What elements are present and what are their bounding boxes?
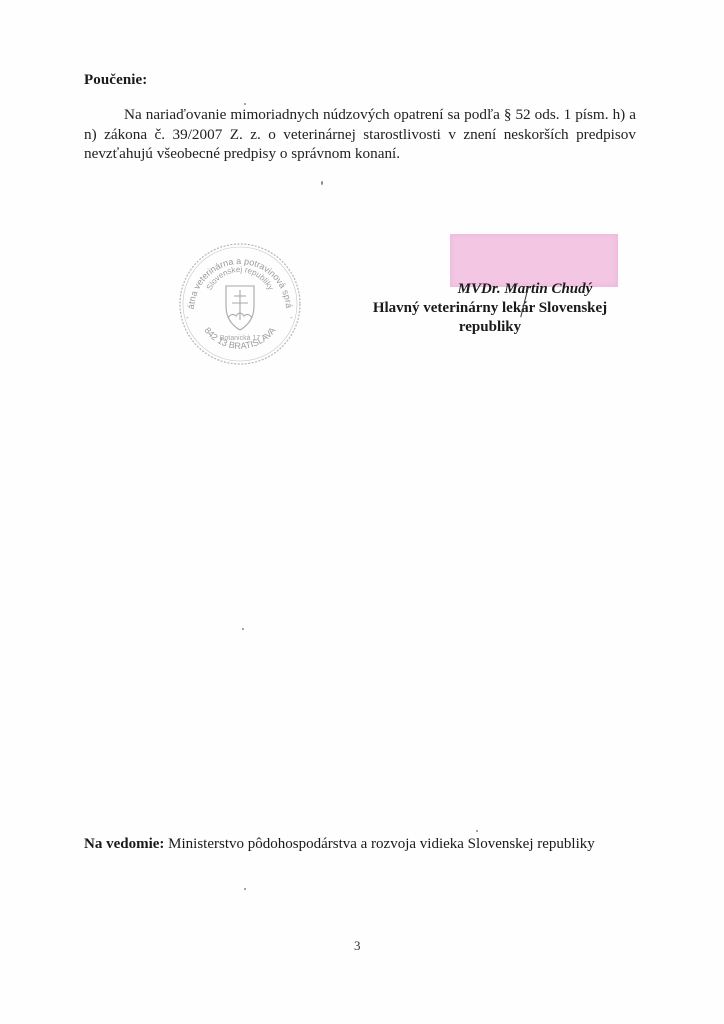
- stamp-dash-left: -: [186, 313, 189, 322]
- scan-speck: [242, 628, 244, 630]
- document-page: Poučenie: Na nariaďovanie mimoriadnych n…: [0, 0, 724, 1024]
- page-number: 3: [354, 938, 361, 954]
- cc-label: Na vedomie:: [84, 836, 164, 852]
- stamp-dash-right: -: [290, 313, 293, 322]
- cc-recipient: Ministerstvo pôdohospodárstva a rozvoja …: [168, 836, 595, 852]
- notice-paragraph: Na nariaďovanie mimoriadnych núdzových o…: [84, 105, 636, 164]
- official-stamp: Štátna veterinárna a potravinová správa …: [172, 240, 308, 366]
- scan-speck: [244, 888, 246, 890]
- signatory-title: Hlavný veterinárny lekár Slovenskej repu…: [340, 299, 640, 337]
- signature-block: MVDr. Martin Chudý Hlavný veterinárny le…: [340, 280, 640, 337]
- scan-speck: [244, 103, 246, 105]
- carbon-copy-line: Na vedomie: Ministerstvo pôdohospodárstv…: [84, 836, 595, 853]
- notice-heading: Poučenie:: [84, 72, 147, 89]
- scan-speck: [321, 181, 323, 185]
- slovak-coat-of-arms-icon: [226, 286, 254, 330]
- scan-speck: [476, 830, 478, 832]
